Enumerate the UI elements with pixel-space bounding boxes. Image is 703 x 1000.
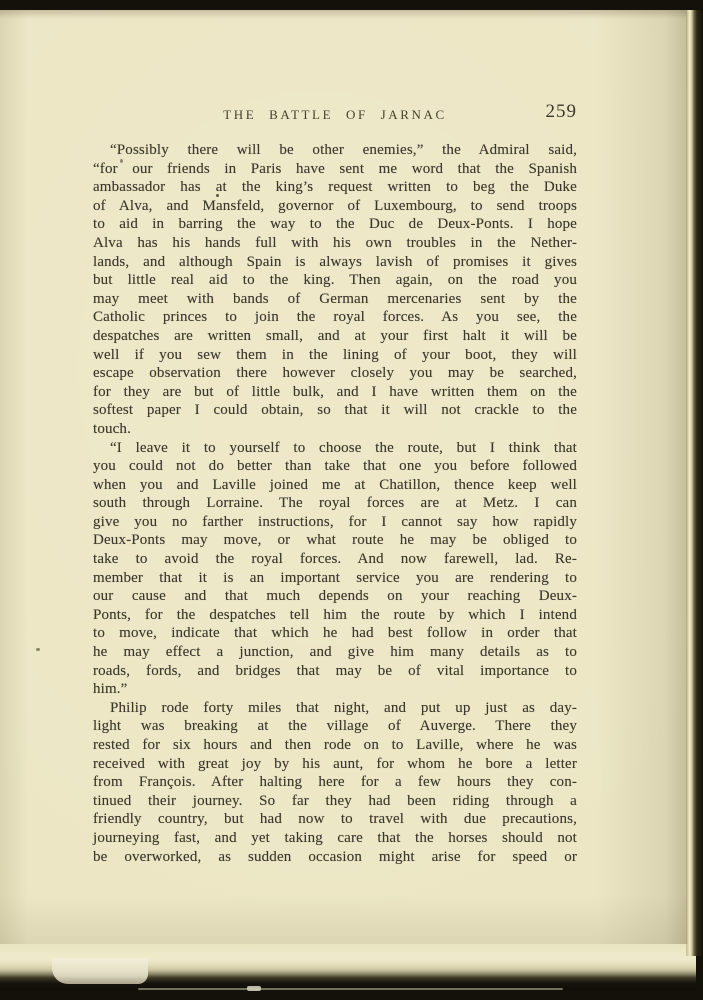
text-line: he may effect a junction, and give him m… bbox=[93, 643, 577, 662]
text-line: but little real aid to the king. Then ag… bbox=[93, 271, 577, 290]
text-line: rested for six hours and then rode on to… bbox=[93, 736, 577, 755]
book-scan: THE BATTLE OF JARNAC 259 “Possibly there… bbox=[0, 0, 703, 1000]
text-line: journeying fast, and yet taking care tha… bbox=[93, 829, 577, 848]
text-line: ambassador has at the king’s request wri… bbox=[93, 178, 577, 197]
text-line: received with great joy by his aunt, for… bbox=[93, 755, 577, 774]
text-line: him.” bbox=[93, 680, 577, 699]
text-line: well if you sew them in the lining of yo… bbox=[93, 346, 577, 365]
text-line: from François. After halting here for a … bbox=[93, 773, 577, 792]
text-line: light was breaking at the village of Auv… bbox=[93, 717, 577, 736]
text-line: take to avoid the royal forces. And now … bbox=[93, 550, 577, 569]
text-line: may meet with bands of German mercenarie… bbox=[93, 290, 577, 309]
text-line: Philip rode forty miles that night, and … bbox=[93, 699, 577, 718]
ink-speck bbox=[216, 194, 219, 197]
paragraph: “Possibly there will be other enemies,” … bbox=[93, 141, 577, 439]
text-line: south through Lorraine. The royal forces… bbox=[93, 494, 577, 513]
paragraph: “I leave it to yourself to choose the ro… bbox=[93, 439, 577, 699]
text-line: softest paper I could obtain, so that it… bbox=[93, 401, 577, 420]
text-line: “for our friends in Paris have sent me w… bbox=[93, 160, 577, 179]
text-line: “I leave it to yourself to choose the ro… bbox=[93, 439, 577, 458]
page-fore-edge bbox=[686, 10, 703, 956]
running-header-title: THE BATTLE OF JARNAC bbox=[93, 107, 577, 123]
text-line: Alva has his hands full with his own tro… bbox=[93, 234, 577, 253]
page-corner-stack bbox=[52, 958, 148, 984]
text-line: Catholic princes to join the royal force… bbox=[93, 308, 577, 327]
text-line: tinued their journey. So far they had be… bbox=[93, 792, 577, 811]
text-line: roads, fords, and bridges that may be of… bbox=[93, 662, 577, 681]
text-line: Ponts, for the despatches tell him the r… bbox=[93, 606, 577, 625]
text-line: to move, indicate that which he had best… bbox=[93, 624, 577, 643]
text-line: Deux-Ponts may move, or what route he ma… bbox=[93, 531, 577, 550]
text-line: be overworked, as sudden occasion might … bbox=[93, 848, 577, 867]
ink-speck bbox=[120, 159, 123, 163]
scan-speck bbox=[36, 648, 40, 651]
text-block: “Possibly there will be other enemies,” … bbox=[93, 141, 577, 866]
text-line: “Possibly there will be other enemies,” … bbox=[93, 141, 577, 160]
text-line: when you and Laville joined me at Chatil… bbox=[93, 476, 577, 495]
text-line: member that it is an important service y… bbox=[93, 569, 577, 588]
page-edge-highlight bbox=[247, 986, 261, 991]
running-head: THE BATTLE OF JARNAC 259 bbox=[93, 103, 577, 127]
text-line: of Alva, and Mansfeld, governor of Luxem… bbox=[93, 197, 577, 216]
text-line: to aid in barring the way to the Duc de … bbox=[93, 215, 577, 234]
text-line: you could not do better than take that o… bbox=[93, 457, 577, 476]
text-line: touch. bbox=[93, 420, 577, 439]
text-line: for they are but of little bulk, and I h… bbox=[93, 383, 577, 402]
book-cover-edge-line bbox=[138, 988, 563, 990]
text-line: give you no farther instructions, for I … bbox=[93, 513, 577, 532]
text-line: our cause and that much depends on your … bbox=[93, 587, 577, 606]
book-page: THE BATTLE OF JARNAC 259 “Possibly there… bbox=[0, 10, 693, 950]
text-line: despatches are written small, and at you… bbox=[93, 327, 577, 346]
text-line: friendly country, but had now to travel … bbox=[93, 810, 577, 829]
text-line: escape observation there however closely… bbox=[93, 364, 577, 383]
text-line: lands, and although Spain is always lavi… bbox=[93, 253, 577, 272]
paragraph: Philip rode forty miles that night, and … bbox=[93, 699, 577, 866]
page-number: 259 bbox=[546, 101, 578, 123]
